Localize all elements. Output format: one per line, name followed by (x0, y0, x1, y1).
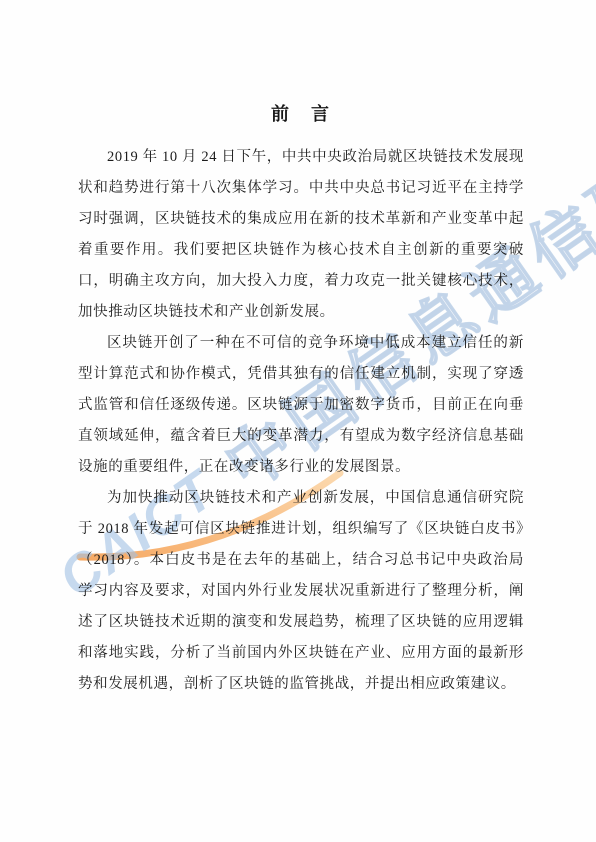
document-content: 前 言 2019 年 10 月 24 日下午，中共中央政治局就区块链技术发展现状… (78, 100, 524, 700)
paragraph-1: 2019 年 10 月 24 日下午，中共中央政治局就区块链技术发展现状和趋势进… (78, 142, 524, 328)
document-page: CAICT 中国信息通信研究院 前 言 2019 年 10 月 24 日下午，中… (0, 0, 596, 842)
page-title: 前 言 (78, 100, 524, 126)
paragraph-2: 区块链开创了一种在不可信的竞争环境中低成本建立信任的新型计算范式和协作模式，凭借… (78, 328, 524, 483)
paragraph-3: 为加快推动区块链技术和产业创新发展，中国信息通信研究院于 2018 年发起可信区… (78, 483, 524, 700)
